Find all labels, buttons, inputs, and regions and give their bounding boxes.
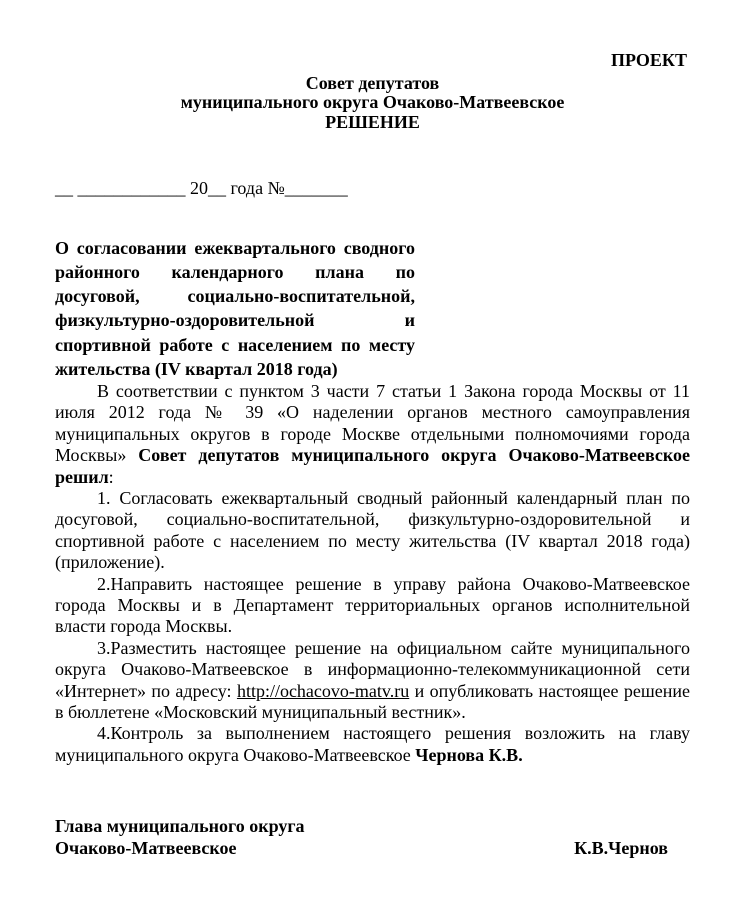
decision-label: РЕШЕНИЕ: [55, 113, 690, 132]
signature-row: Очаково-Матвеевское К.В.Чернов: [55, 838, 690, 859]
org-name-line2: муниципального округа Очаково-Матвеевско…: [55, 93, 690, 112]
text-line: (приложение).: [55, 552, 690, 573]
document-page: ПРОЕКТ Совет депутатов муниципального ок…: [0, 0, 743, 901]
item-3-paragraph: 3.Разместить настоящее решение на официа…: [55, 638, 690, 724]
text-line: власти города Москвы.: [55, 616, 690, 637]
signature-org: Очаково-Матвеевское: [55, 838, 237, 859]
document-title: О согласовании ежеквартального сводного …: [55, 236, 415, 381]
text-line: 2.Направить настоящее решение в управу р…: [55, 574, 690, 595]
title-line: жительства (IV квартал 2018 года): [55, 357, 415, 381]
title-line: спортивной работе с населением по месту: [55, 333, 415, 357]
document-header: Совет депутатов муниципального округа Оч…: [55, 74, 690, 132]
item-4-paragraph: 4.Контроль за выполнением настоящего реш…: [55, 723, 690, 766]
text-line: досуговой, социально-воспитательной, физ…: [55, 509, 690, 530]
item-1-paragraph: 1. Согласовать ежеквартальный сводный ра…: [55, 488, 690, 574]
text-line: в бюллетене «Московский муниципальный ве…: [55, 702, 690, 723]
text-line: спортивной работе с населением по месту …: [55, 531, 690, 552]
text-line: решил:: [55, 467, 690, 488]
signature-block: Глава муниципального округа Очаково-Матв…: [55, 816, 690, 859]
title-line: досуговой, социально-воспитательной,: [55, 284, 415, 308]
text-line: 3.Разместить настоящее решение на официа…: [55, 638, 690, 659]
text-line: Москвы» Совет депутатов муниципального о…: [55, 445, 690, 466]
document-body: В соответствии с пунктом 3 части 7 стать…: [55, 381, 690, 766]
text-line: муниципального округа Очаково-Матвеевско…: [55, 745, 690, 766]
text-line: июля 2012 года № 39 «О наделении органов…: [55, 402, 690, 423]
title-line: физкультурно-оздоровительной и: [55, 308, 415, 332]
text-line: В соответствии с пунктом 3 части 7 стать…: [55, 381, 690, 402]
org-name-line1: Совет депутатов: [55, 74, 690, 93]
draft-stamp: ПРОЕКТ: [55, 50, 690, 70]
text-line: «Интернет» по адресу: http://ochacovo-ma…: [55, 681, 690, 702]
text-line: 4.Контроль за выполнением настоящего реш…: [55, 723, 690, 744]
text-line: округа Очаково-Матвеевское в информацион…: [55, 659, 690, 680]
text-line: 1. Согласовать ежеквартальный сводный ра…: [55, 488, 690, 509]
signature-title-line: Глава муниципального округа: [55, 816, 690, 837]
date-number-line: __ ____________ 20__ года №_______: [55, 178, 690, 200]
title-line: районного календарного плана по: [55, 260, 415, 284]
text-line: города Москвы и в Департамент территориа…: [55, 595, 690, 616]
text-line: муниципальных округов в городе Москве от…: [55, 424, 690, 445]
preamble-paragraph: В соответствии с пунктом 3 части 7 стать…: [55, 381, 690, 488]
item-2-paragraph: 2.Направить настоящее решение в управу р…: [55, 574, 690, 638]
title-line: О согласовании ежеквартального сводного: [55, 236, 415, 260]
website-link[interactable]: http://ochacovo-matv.ru: [237, 681, 409, 701]
signature-name: К.В.Чернов: [574, 838, 668, 859]
